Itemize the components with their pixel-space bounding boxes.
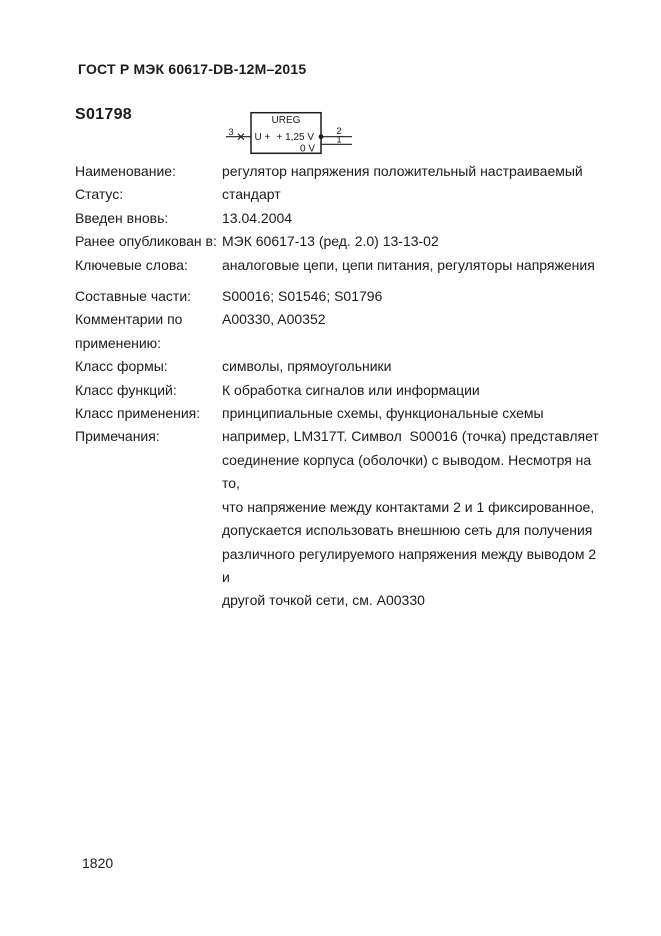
field-row-function-class: Класс функций: К обработка сигналов или … — [75, 379, 600, 402]
attributes-table: Наименование: регулятор напряжения полож… — [75, 160, 600, 613]
field-value: регулятор напряжения положительный настр… — [222, 160, 600, 183]
field-value: S00016; S01546; S01796 — [222, 285, 600, 308]
notes-line: что напряжение между контактами 2 и 1 фи… — [222, 496, 600, 519]
notes-line: различного регулируемого напряжения межд… — [222, 543, 600, 590]
junction-dot-icon — [319, 134, 324, 139]
field-row-previously-published: Ранее опубликован в: МЭК 60617-13 (ред. … — [75, 230, 600, 253]
field-value-notes: например, LM317T. Символ S00016 (точка) … — [222, 425, 600, 612]
field-row-shape-class: Класс формы: символы, прямоугольники — [75, 355, 600, 378]
field-label: Введен вновь: — [75, 207, 222, 230]
input-voltage-label: U + — [255, 132, 271, 143]
field-value: аналоговые цепи, цепи питания, регулятор… — [222, 254, 600, 277]
voltage-regulator-symbol-diagram: UREG U + + 1,25 V 0 V 3 2 1 — [215, 100, 360, 162]
field-row-name: Наименование: регулятор напряжения полож… — [75, 160, 600, 183]
field-row-application-comments: Комментарии по применению: A00330, A0035… — [75, 308, 600, 355]
document-title: ГОСТ Р МЭК 60617-DB-12M–2015 — [78, 61, 306, 77]
field-value: К обработка сигналов или информации — [222, 379, 600, 402]
field-value: стандарт — [222, 183, 600, 206]
notes-line: например, LM317T. Символ S00016 (точка) … — [222, 425, 600, 448]
field-label: Комментарии по применению: — [75, 308, 222, 355]
pin1-number: 1 — [336, 134, 341, 145]
document-page: ГОСТ Р МЭК 60617-DB-12M–2015 S01798 UREG… — [0, 0, 661, 936]
field-row-application-class: Класс применения: принципиальные схемы, … — [75, 402, 600, 425]
field-label: Статус: — [75, 183, 222, 206]
field-label: Класс функций: — [75, 379, 222, 402]
field-label: Класс формы: — [75, 355, 222, 378]
field-label: Ключевые слова: — [75, 254, 222, 277]
field-value: МЭК 60617-13 (ред. 2.0) 13-13-02 — [222, 230, 600, 253]
field-row-components: Составные части: S00016; S01546; S01796 — [75, 285, 600, 308]
page-number: 1820 — [82, 855, 113, 871]
field-label: Наименование: — [75, 160, 222, 183]
field-row-introduced: Введен вновь: 13.04.2004 — [75, 207, 600, 230]
field-value: принципиальные схемы, функциональные схе… — [222, 402, 600, 425]
notes-line: соединение корпуса (оболочки) с выводом.… — [222, 449, 600, 496]
diagram-title: UREG — [272, 115, 301, 126]
notes-line: другой точкой сети, см. A00330 — [222, 589, 600, 612]
field-row-keywords: Ключевые слова: аналоговые цепи, цепи пи… — [75, 254, 600, 277]
field-label: Составные части: — [75, 285, 222, 308]
field-label: Ранее опубликован в: — [75, 230, 222, 253]
field-value: A00330, A00352 — [222, 308, 600, 331]
field-value: символы, прямоугольники — [222, 355, 600, 378]
field-row-status: Статус: стандарт — [75, 183, 600, 206]
field-row-notes: Примечания: например, LM317T. Символ S00… — [75, 425, 600, 612]
field-label: Класс применения: — [75, 402, 222, 425]
notes-line: допускается использовать внешнюю сеть дл… — [222, 519, 600, 542]
field-value: 13.04.2004 — [222, 207, 600, 230]
zero-voltage-label: 0 V — [300, 144, 315, 155]
pin3-number: 3 — [228, 127, 233, 138]
reference-voltage-label: + 1,25 V — [277, 132, 315, 143]
field-label: Примечания: — [75, 425, 222, 448]
symbol-id: S01798 — [75, 106, 132, 124]
